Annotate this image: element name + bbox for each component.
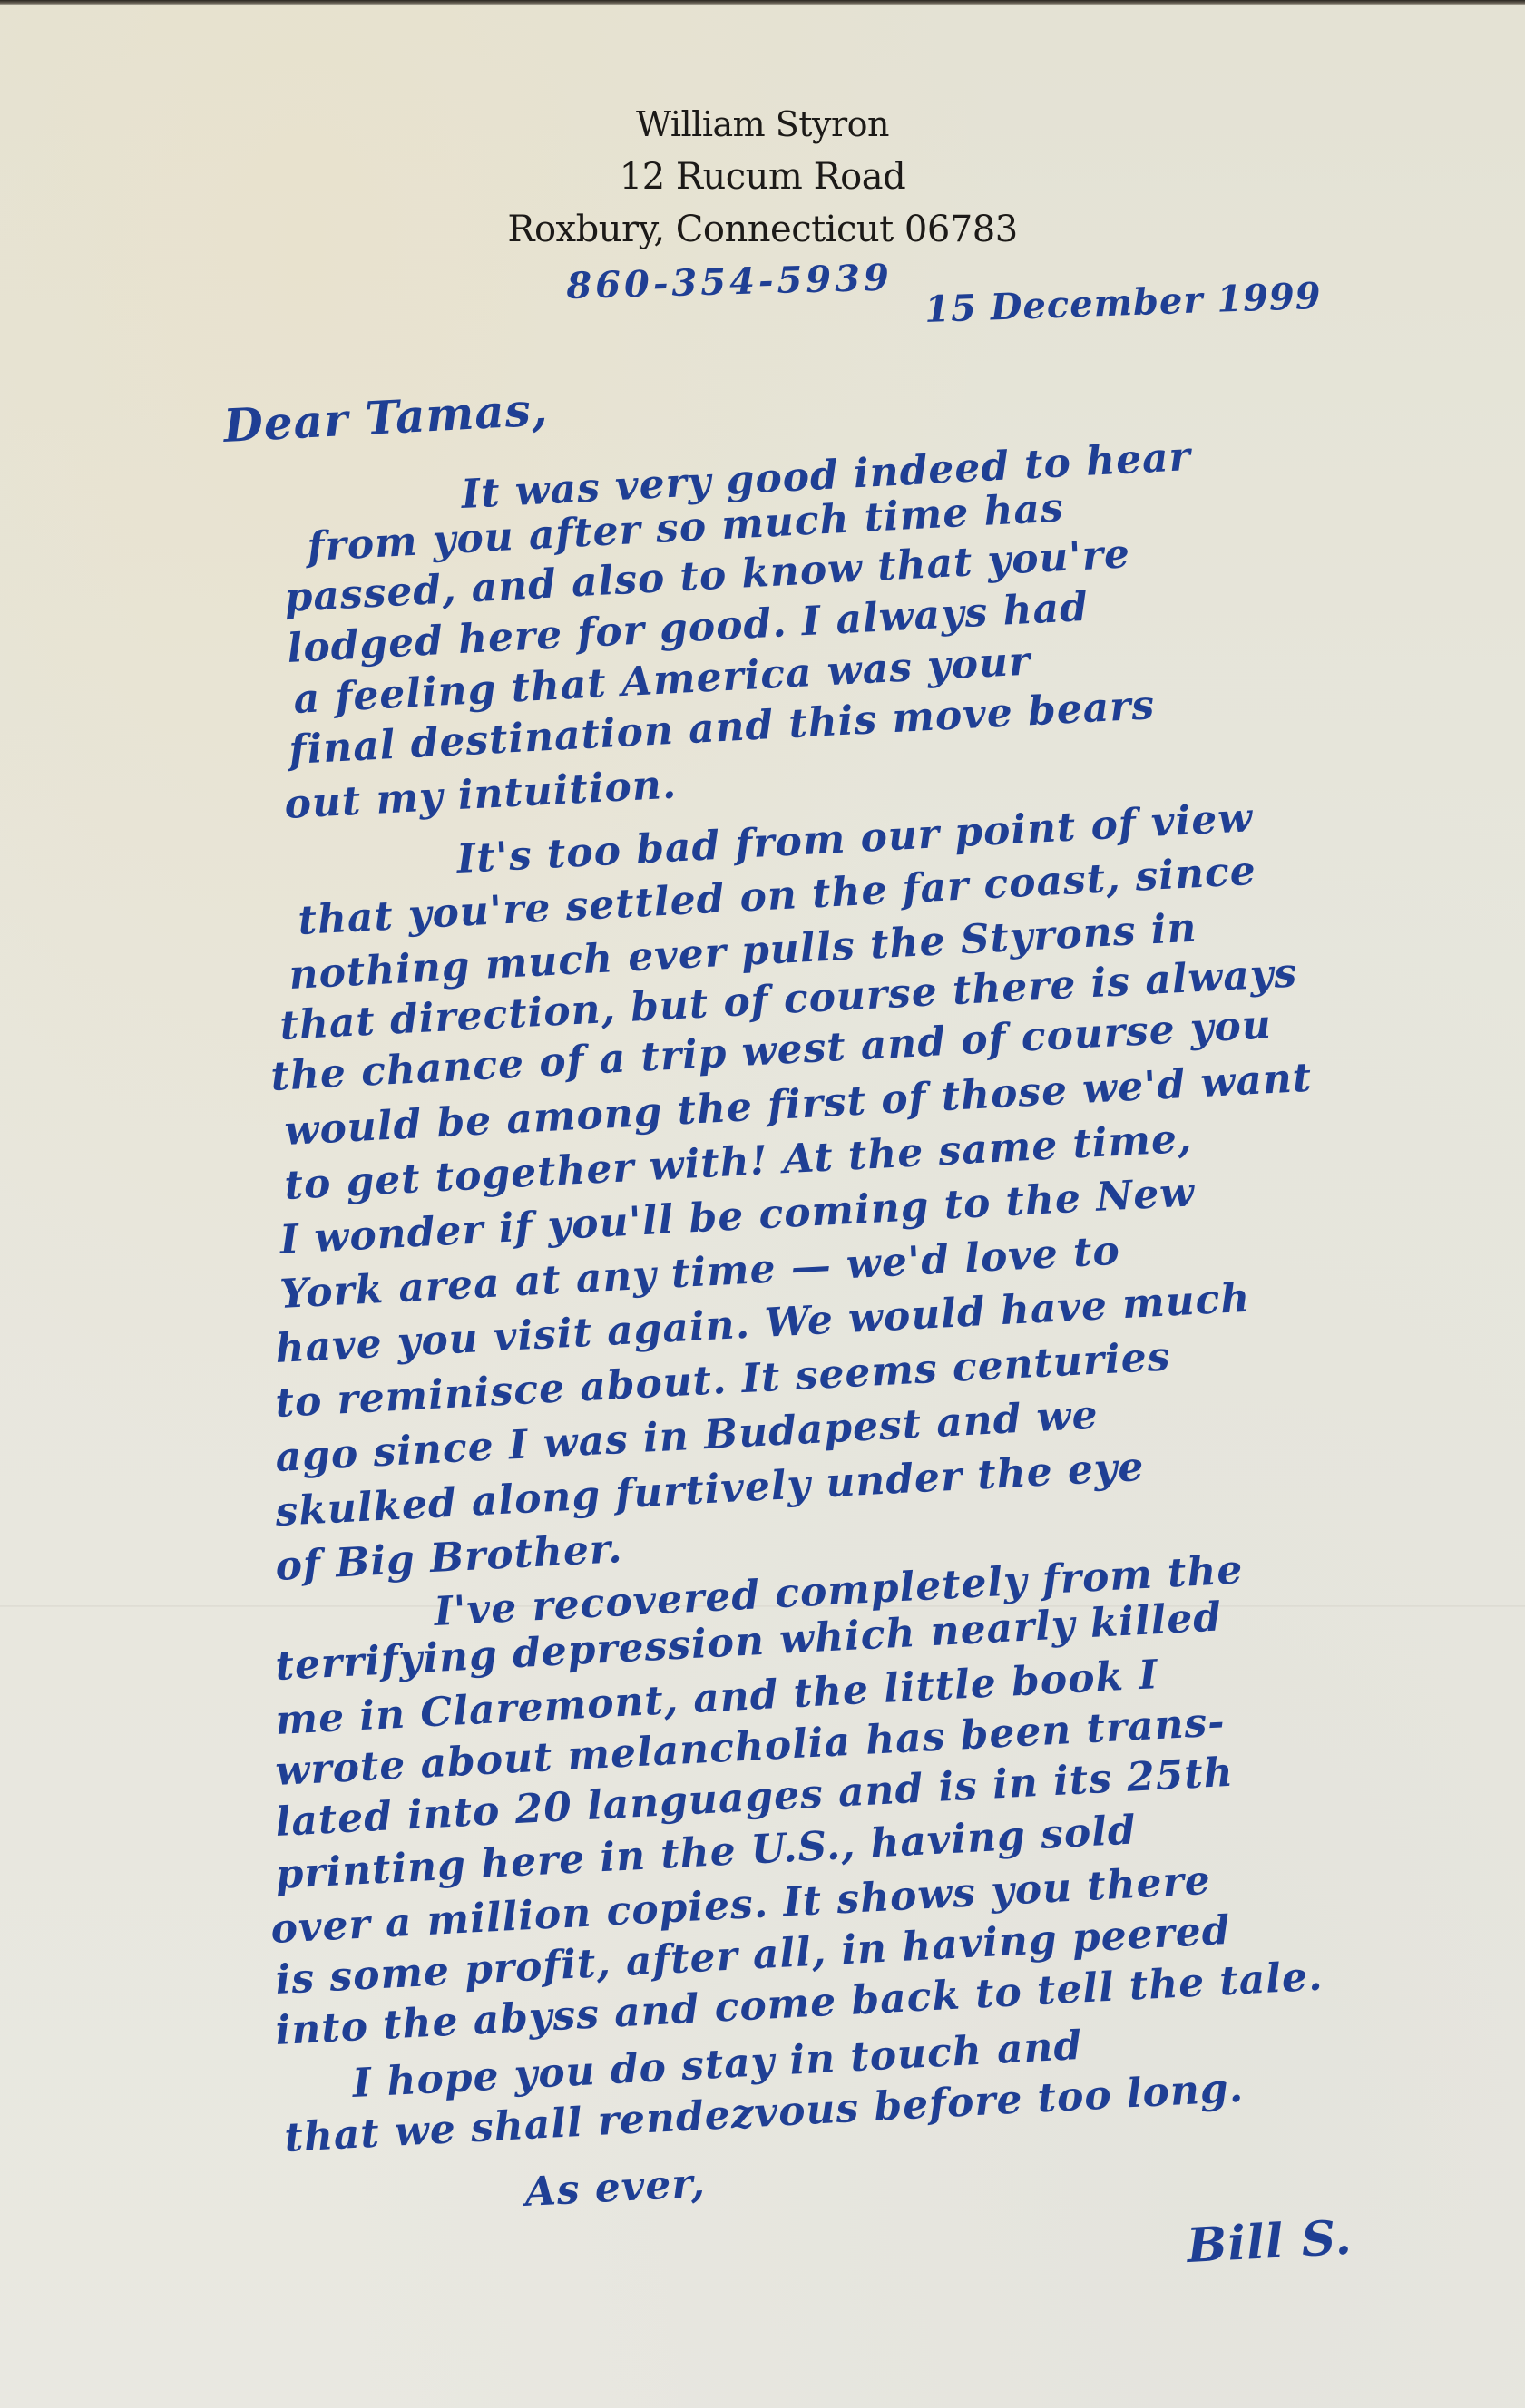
handwritten-phone: 860-354-5939 — [566, 257, 894, 307]
signature: Bill S. — [1186, 2210, 1354, 2274]
letterhead-name: William Styron — [0, 104, 1525, 144]
letterhead-city: Roxbury, Connecticut 06783 — [0, 209, 1525, 250]
closing: As ever, — [523, 2160, 706, 2216]
letterhead-street: 12 Rucum Road — [0, 156, 1525, 198]
paper-top-edge — [0, 0, 1525, 5]
